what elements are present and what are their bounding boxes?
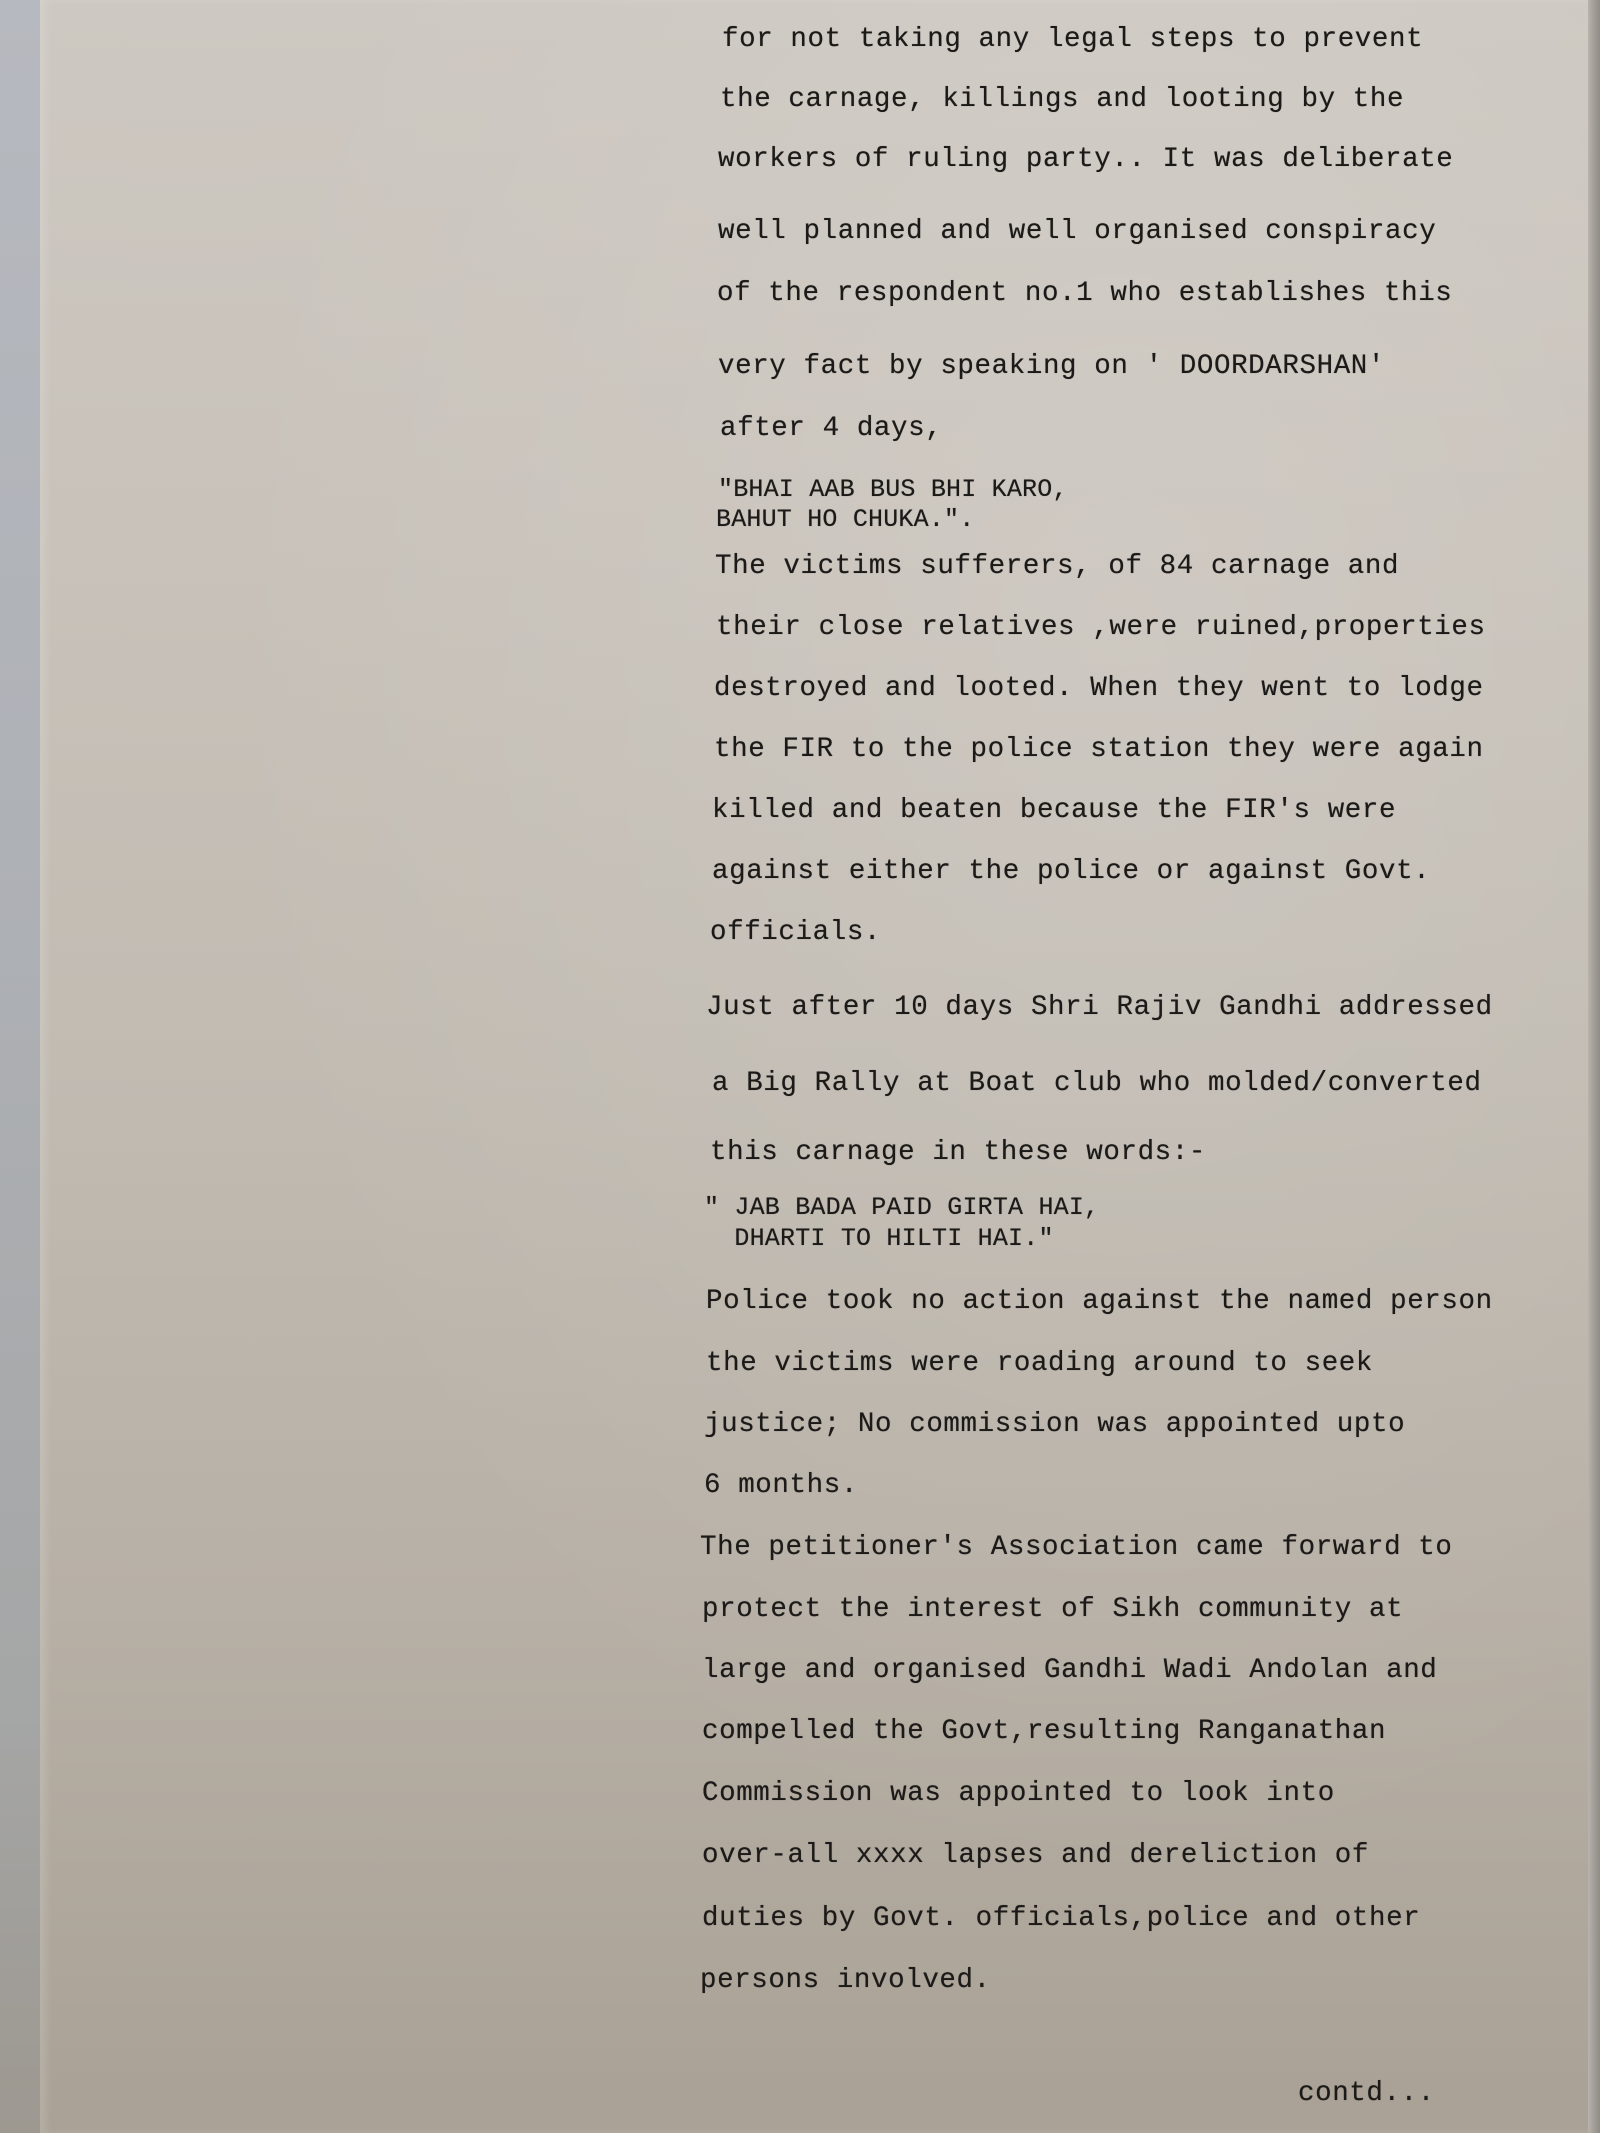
typewritten-text: for not taking any legal steps to preven… bbox=[0, 0, 1600, 2133]
text-line: justice; No commission was appointed upt… bbox=[704, 1411, 1405, 1439]
continued-marker: contd... bbox=[1298, 2078, 1435, 2109]
text-line: very fact by speaking on ' DOORDARSHAN' bbox=[718, 353, 1385, 381]
text-line: this carnage in these words:- bbox=[710, 1139, 1206, 1167]
text-line: over-all xxxx lapses and dereliction of bbox=[702, 1842, 1369, 1870]
quote-line: BAHUT HO CHUKA.". bbox=[716, 507, 974, 532]
text-line: duties by Govt. officials,police and oth… bbox=[702, 1905, 1420, 1933]
text-line: the carnage, killings and looting by the bbox=[720, 86, 1404, 114]
text-line: destroyed and looted. When they went to … bbox=[714, 675, 1484, 703]
text-line: Commission was appointed to look into bbox=[702, 1780, 1335, 1808]
text-line: against either the police or against Gov… bbox=[712, 858, 1430, 886]
text-line: the victims were roading around to seek bbox=[706, 1350, 1373, 1378]
quote-line: "BHAI AAB BUS BHI KARO, bbox=[718, 477, 1068, 502]
text-line: officials. bbox=[710, 919, 881, 947]
text-line: for not taking any legal steps to preven… bbox=[722, 26, 1423, 54]
text-line: of the respondent no.1 who establishes t… bbox=[717, 280, 1452, 308]
text-line: the FIR to the police station they were … bbox=[714, 736, 1484, 764]
text-line: killed and beaten because the FIR's were bbox=[712, 797, 1396, 825]
text-line: Just after 10 days Shri Rajiv Gandhi add… bbox=[706, 994, 1493, 1022]
text-line: The petitioner's Association came forwar… bbox=[700, 1534, 1453, 1562]
text-line: large and organised Gandhi Wadi Andolan … bbox=[702, 1657, 1437, 1685]
text-line: their close relatives ,were ruined,prope… bbox=[716, 614, 1486, 642]
text-line: Police took no action against the named … bbox=[706, 1288, 1493, 1316]
text-line: The victims sufferers, of 84 carnage and bbox=[715, 553, 1399, 581]
quote-line: DHARTI TO HILTI HAI." bbox=[704, 1226, 1054, 1251]
text-line: workers of ruling party.. It was deliber… bbox=[718, 146, 1453, 174]
text-line: protect the interest of Sikh community a… bbox=[702, 1596, 1403, 1624]
text-line: compelled the Govt,resulting Ranganathan bbox=[702, 1718, 1386, 1746]
text-line: a Big Rally at Boat club who molded/conv… bbox=[712, 1070, 1482, 1098]
quote-line: " JAB BADA PAID GIRTA HAI, bbox=[704, 1195, 1099, 1220]
text-line: after 4 days, bbox=[720, 415, 942, 443]
text-line: 6 months. bbox=[704, 1472, 858, 1500]
text-line: well planned and well organised conspira… bbox=[718, 218, 1436, 246]
text-line: persons involved. bbox=[700, 1967, 991, 1995]
